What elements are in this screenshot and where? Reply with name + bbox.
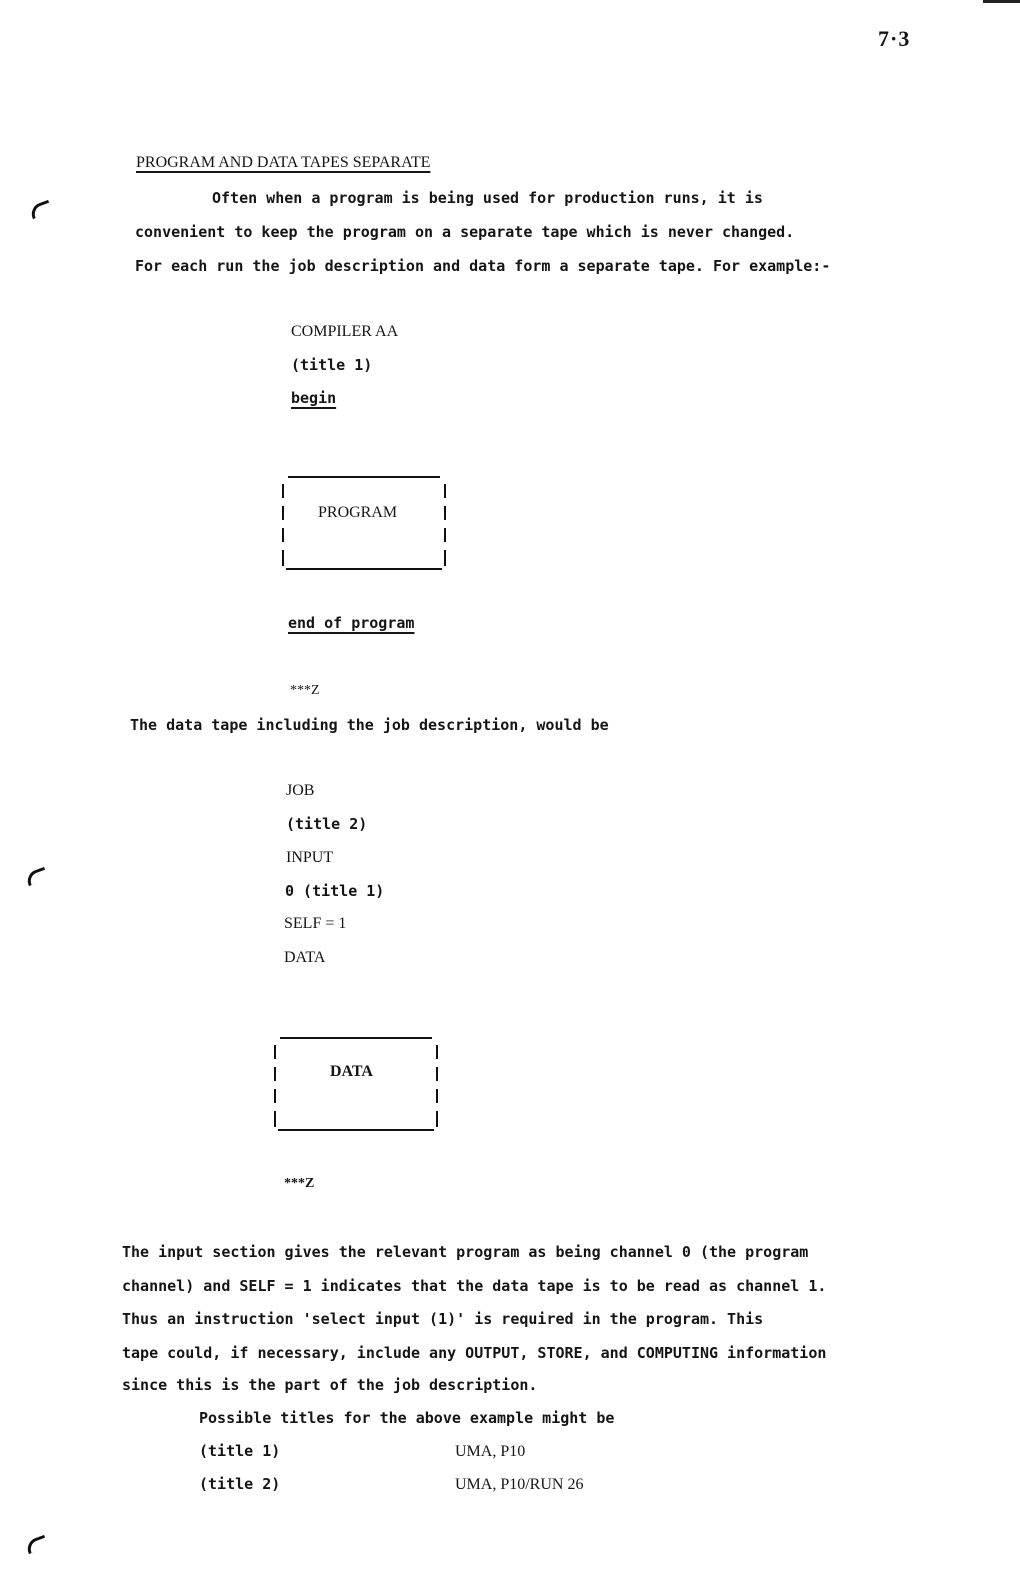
explanation-line: The input section gives the relevant pro… [122, 1243, 808, 1261]
code-line: SELF = 1 [284, 915, 346, 933]
code-keyword-end: end of program [288, 614, 414, 632]
binder-hole-mark [24, 867, 48, 886]
tape-terminator: ***Z [290, 683, 320, 699]
box-label: DATA [330, 1063, 373, 1081]
code-line: (title 1) [291, 356, 372, 374]
title-label: (title 1) [199, 1442, 280, 1460]
explanation-line: channel) and SELF = 1 indicates that the… [122, 1277, 826, 1295]
code-line: JOB [286, 782, 314, 800]
code-line: INPUT [286, 849, 333, 867]
code-line: 0 (title 1) [285, 882, 384, 900]
page-number: 7·3 [878, 26, 910, 52]
explanation-line: tape could, if necessary, include any OU… [122, 1344, 826, 1362]
data-intro-line: The data tape including the job descript… [130, 716, 609, 734]
title-value: UMA, P10/RUN 26 [455, 1476, 583, 1494]
code-keyword-begin: begin [291, 389, 336, 407]
program-tape-box: PROGRAM [282, 476, 446, 570]
scan-edge-mark [983, 0, 1020, 3]
section-heading: PROGRAM AND DATA TAPES SEPARATE [136, 154, 430, 172]
title-label: (title 2) [199, 1475, 280, 1493]
code-line: DATA [284, 949, 325, 967]
explanation-line: Thus an instruction 'select input (1)' i… [122, 1310, 763, 1328]
box-label: PROGRAM [318, 504, 397, 522]
code-line: (title 2) [286, 815, 367, 833]
binder-hole-mark [24, 1535, 48, 1554]
data-tape-box: DATA [274, 1037, 438, 1131]
intro-line: For each run the job description and dat… [135, 257, 830, 275]
intro-line: convenient to keep the program on a sepa… [135, 223, 794, 241]
binder-hole-mark [28, 200, 52, 219]
explanation-line: since this is the part of the job descri… [122, 1376, 537, 1394]
titles-intro: Possible titles for the above example mi… [199, 1409, 614, 1427]
intro-line: Often when a program is being used for p… [212, 189, 763, 207]
code-line: COMPILER AA [291, 323, 398, 341]
title-value: UMA, P10 [455, 1443, 525, 1461]
tape-terminator: ***Z [284, 1176, 314, 1192]
